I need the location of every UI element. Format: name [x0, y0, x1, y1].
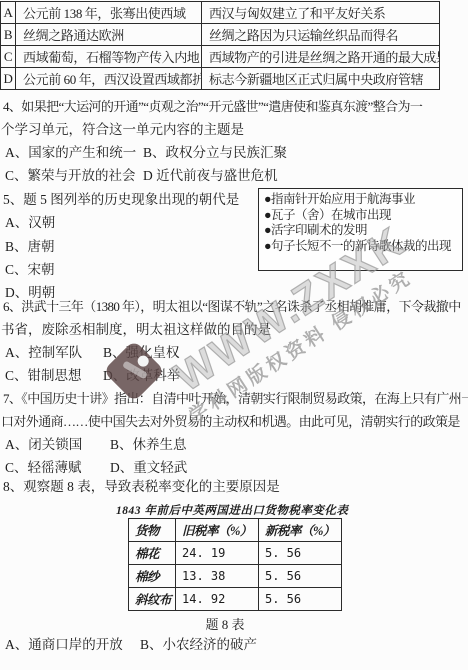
option-conclusion: 丝绸之路因为只运输丝织品而得名: [202, 24, 440, 46]
tax-table-caption: 题 8 表: [128, 614, 322, 633]
top-options-table: A 公元前 138 年，张骞出使西域 西汉与匈奴建立了和平友好关系 B 丝绸之路…: [0, 1, 440, 90]
option-conclusion: 标志今新疆地区正式归属中央政府管辖: [202, 68, 440, 90]
new-rate-value: 5. 56: [259, 542, 342, 565]
question-8-option-a: A、通商口岸的开放: [5, 636, 123, 653]
question-8-option-b: B、小农经济的破产: [140, 636, 257, 653]
question-4-stem-line1: 4、如果把“大运河的开通”“贞观之治”“开元盛世”“遣唐使和鉴真东渡”整合为一: [3, 98, 422, 115]
question-5-option-c: C、宋朝: [5, 261, 55, 278]
column-header-new-rate: 新税率（%）: [259, 519, 342, 542]
table-row: C 西域葡萄，石榴等物产传入内地 西域物产的引进是丝绸之路开通的最大成果: [1, 46, 440, 68]
goods-name: 棉纱: [129, 565, 176, 588]
exam-paper-page: A 公元前 138 年，张骞出使西域 西汉与匈奴建立了和平友好关系 B 丝绸之路…: [0, 0, 468, 670]
table-row: B 丝绸之路通达欧洲 丝绸之路因为只运输丝织品而得名: [1, 24, 440, 46]
table-row: 棉纱 13. 38 5. 56: [129, 565, 342, 588]
question-4-option-d: D 近代前夜与盛世危机: [143, 167, 278, 184]
question-6-option-b: B、强化皇权: [103, 344, 180, 361]
old-rate-value: 24. 19: [176, 542, 259, 565]
question-4-stem-line2: 个学习单元，符合这一单元内容的主题是: [1, 121, 244, 138]
table-row: 斜纹布 14. 92 5. 56: [129, 588, 342, 611]
option-key: A: [1, 2, 16, 24]
table-row: A 公元前 138 年，张骞出使西域 西汉与匈奴建立了和平友好关系: [1, 2, 440, 24]
option-event: 西域葡萄，石榴等物产传入内地: [16, 46, 202, 68]
question-4-option-b: B、政权分立与民族汇聚: [143, 144, 287, 161]
question-5-info-box: ●指南针开始应用于航海事业 ●瓦子（舍）在城市出现 ●活字印刷术的发明 ●句子长…: [258, 188, 463, 271]
goods-name: 斜纹布: [129, 588, 176, 611]
question-4-option-c: C、繁荣与开放的社会: [5, 167, 136, 184]
question-6-stem-line2: 书省，废除丞相制度，明太祖这样做的目的是: [1, 321, 271, 338]
box-item: ●活字印刷术的发明: [264, 223, 457, 239]
new-rate-value: 5. 56: [259, 565, 342, 588]
question-5-stem: 5、题 5 图列举的历史现象出现的朝代是: [3, 191, 239, 208]
option-event: 公元前 138 年，张骞出使西域: [16, 2, 202, 24]
question-6-option-c: C、钳制思想: [5, 367, 82, 384]
option-conclusion: 西域物产的引进是丝绸之路开通的最大成果: [202, 46, 440, 68]
question-7-option-a: A、闭关锁国: [5, 436, 82, 453]
table-row: D 公元前 60 年，西汉设置西域都护 标志今新疆地区正式归属中央政府管辖: [1, 68, 440, 90]
question-6-option-d: D、改革科举: [103, 367, 180, 384]
option-key: D: [1, 68, 16, 90]
question-7-stem-line1: 7、《中国历史十讲》指出：自清中叶开始，清朝实行限制贸易政策，在海上只有广州一: [3, 390, 468, 407]
question-7-option-d: D、重文轻武: [110, 459, 187, 476]
goods-name: 棉花: [129, 542, 176, 565]
tax-table-title: 1843 年前后中英两国进出口货物税率变化表: [116, 502, 332, 518]
question-7-stem-line2: 口对外通商……使中国失去对外贸易的主动权和机遇。由此可见，清朝实行的政策是: [1, 413, 460, 430]
option-key: C: [1, 46, 16, 68]
question-7-option-c: C、轻徭薄赋: [5, 459, 82, 476]
question-6-stem-line1: 6、洪武十三年（1380 年），明太祖以“图谋不轨”之名诛杀了丞相胡惟庸，下令裁…: [3, 298, 461, 315]
option-key: B: [1, 24, 16, 46]
table-header-row: 货物 旧税率（%） 新税率（%）: [129, 519, 342, 542]
question-5-option-a: A、汉朝: [5, 214, 55, 231]
question-7-option-b: B、休养生息: [110, 436, 187, 453]
box-item: ●瓦子（舍）在城市出现: [264, 208, 457, 224]
column-header-goods: 货物: [129, 519, 176, 542]
box-item: ●句子长短不一的新诗歌体裁的出现: [264, 239, 457, 255]
box-item: ●指南针开始应用于航海事业: [264, 192, 457, 208]
question-6-option-a: A、控制军队: [5, 344, 82, 361]
option-conclusion: 西汉与匈奴建立了和平友好关系: [202, 2, 440, 24]
new-rate-value: 5. 56: [259, 588, 342, 611]
option-event: 丝绸之路通达欧洲: [16, 24, 202, 46]
column-header-old-rate: 旧税率（%）: [176, 519, 259, 542]
question-5-option-b: B、唐朝: [5, 238, 55, 255]
question-8-stem: 8、观察题 8 表，导致表税率变化的主要原因是: [3, 478, 280, 495]
old-rate-value: 13. 38: [176, 565, 259, 588]
option-event: 公元前 60 年，西汉设置西域都护: [16, 68, 202, 90]
old-rate-value: 14. 92: [176, 588, 259, 611]
tax-rate-table: 货物 旧税率（%） 新税率（%） 棉花 24. 19 5. 56 棉纱 13. …: [128, 518, 342, 611]
question-4-option-a: A、国家的产生和统一: [5, 144, 136, 161]
table-row: 棉花 24. 19 5. 56: [129, 542, 342, 565]
